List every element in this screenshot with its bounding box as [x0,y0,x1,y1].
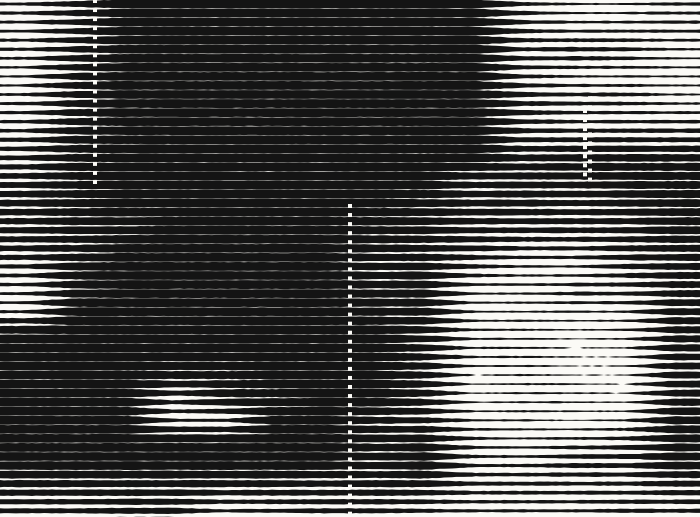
halftone-lines [0,0,700,517]
line-screen-artwork [0,0,700,517]
